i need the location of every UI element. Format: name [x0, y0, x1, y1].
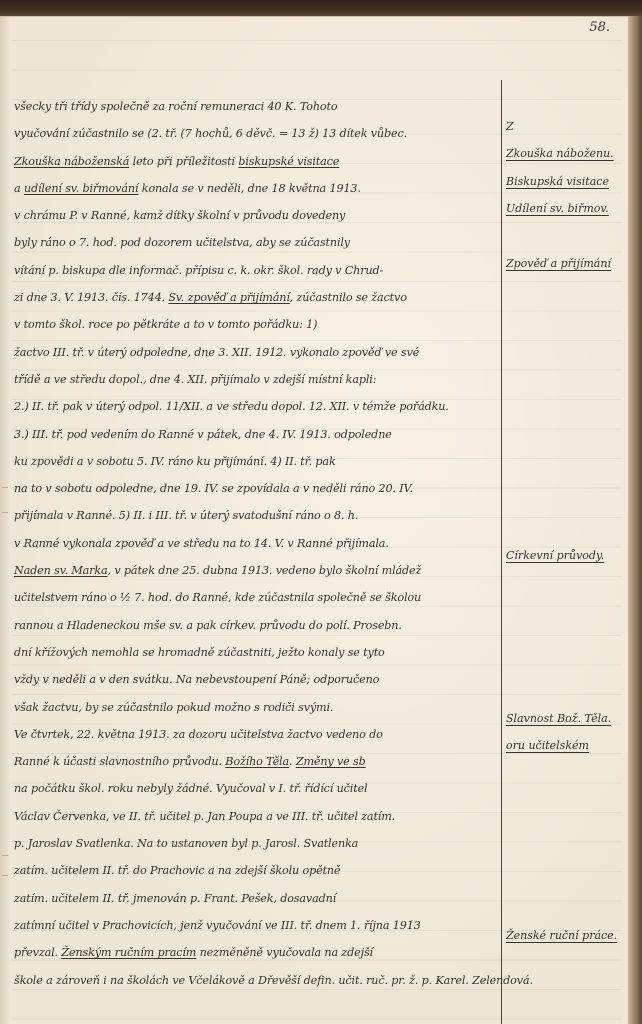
text-run: Václav Červenka, ve II. tř. učitel p. Ja… [14, 810, 395, 823]
text-run: zatímní učitel v Prachovicích, jenž vyuč… [14, 919, 421, 932]
text-run: přijímala v Ranné. 5) II. i III. tř. v ú… [14, 509, 358, 522]
text-line: žactvo III. tř. v úterý odpoledne, dne 3… [14, 339, 498, 366]
text-line: a udílení sv. biřmování konala se v nedě… [14, 175, 498, 202]
text-run: leto při příležitosti [129, 155, 238, 168]
margin-tick [2, 875, 8, 876]
text-run: na to v sobotu odpoledne, dne 19. IV. se… [14, 482, 413, 495]
text-line: v tomto škol. roce po pětkráte a to v to… [14, 311, 498, 338]
text-run: vyučování zúčastnilo se (2. tř. (7 hochů… [14, 127, 407, 140]
text-line: Václav Červenka, ve II. tř. učitel p. Ja… [14, 803, 498, 830]
text-line: v Ranné vykonala zpověď a ve středu na t… [14, 530, 498, 557]
margin-tick [2, 855, 8, 856]
text-run: učitelstvem ráno o ½ 7. hod. do Ranné, k… [14, 591, 421, 604]
underlined-heading: Sv. zpověď a přijímání [168, 291, 289, 304]
text-line: 3.) III. tř. pod vedením do Ranné v páte… [14, 421, 498, 448]
text-line: zatím. učitelem II. tř. jmenován p. Fran… [14, 885, 498, 912]
text-run: škole a zároveň i na školách ve Včelákov… [14, 974, 533, 987]
text-line: však žactvu, by se zúčastnilo pokud možn… [14, 694, 498, 721]
underlined-heading: Božího Těla [225, 755, 289, 768]
text-run: zatím. učitelem II. tř. do Prachovic a n… [14, 864, 340, 877]
text-run: . [289, 755, 296, 768]
margin-tick [2, 487, 8, 488]
text-line: vyučování zúčastnilo se (2. tř. (7 hochů… [14, 120, 498, 147]
text-run: v tomto škol. roce po pětkráte a to v to… [14, 318, 317, 331]
text-run: vždy v neděli a v den svátku. Na nebevst… [14, 673, 379, 686]
text-run: byly ráno o 7. hod. pod dozorem učitelst… [14, 236, 350, 249]
underlined-heading: Změny ve sb [296, 755, 366, 768]
text-line: všecky tři třídy společně za roční remun… [14, 93, 498, 120]
margin-tick [2, 512, 8, 513]
text-line: ku zpovědi a v sobotu 5. IV. ráno ku při… [14, 448, 498, 475]
text-run: žactvo III. tř. v úterý odpoledne, dne 3… [14, 346, 419, 359]
text-line: Zkouška náboženská leto při příležitosti… [14, 148, 498, 175]
text-line: na to v sobotu odpoledne, dne 19. IV. se… [14, 475, 498, 502]
text-run: 3.) III. tř. pod vedením do Ranné v páte… [14, 428, 392, 441]
text-line: převzal. Ženským ručním pracím nezměněně… [14, 939, 498, 966]
page-number: 58. [589, 20, 610, 35]
text-run: vítání p. biskupa dle informač. přípisu … [14, 264, 383, 277]
text-run: zi dne 3. V. 1913. čís. 1744. [14, 291, 168, 304]
underlined-heading: Zkouška náboženská [14, 155, 129, 168]
text-run: , v pátek dne 25. dubna 1913. vedeno byl… [108, 564, 422, 577]
underlined-heading: udílení sv. biřmování [24, 182, 138, 195]
text-line: škole a zároveň i na školách ve Včelákov… [14, 967, 498, 994]
text-line: v chrámu P. v Ranné, kamž dítky školní v… [14, 202, 498, 229]
text-line: zatímní učitel v Prachovicích, jenž vyuč… [14, 912, 498, 939]
underlined-heading: Ženským ručním pracím [61, 946, 196, 959]
text-run: Ranné k účasti slavnostního průvodu. [14, 755, 225, 768]
underlined-heading: Naden sv. Marka [14, 564, 108, 577]
text-run: Ve čtvrtek, 22. května 1913. za dozoru u… [14, 728, 383, 741]
page-edge [628, 16, 642, 1024]
text-run: na počátku škol. roku nebyly žádné. Vyuč… [14, 782, 367, 795]
text-line: rannou a Hladeneckou mše sv. a pak círke… [14, 612, 498, 639]
text-line: vítání p. biskupa dle informač. přípisu … [14, 257, 498, 284]
margin-note: Církevní průvody. [506, 549, 604, 562]
text-run: 2.) II. tř. pak v úterý odpol. 11/XII. a… [14, 400, 449, 413]
text-run: ku zpovědi a v sobotu 5. IV. ráno ku při… [14, 455, 336, 468]
text-run: převzal. [14, 946, 61, 959]
handwritten-body: všecky tři třídy společně za roční remun… [14, 93, 498, 994]
text-run: v Ranné vykonala zpověď a ve středu na t… [14, 537, 389, 550]
margin-note: Slavnost Bož. Těla. [506, 712, 611, 725]
text-run: p. Jaroslav Svatlenka. Na to ustanoven b… [14, 837, 358, 850]
text-line: vždy v neděli a v den svátku. Na nebevst… [14, 666, 498, 693]
margin-note: Udílení sv. biřmov. [506, 202, 609, 215]
underlined-heading: biskupské visitace [238, 155, 339, 168]
text-run: a [14, 182, 24, 195]
text-line: přijímala v Ranné. 5) II. i III. tř. v ú… [14, 502, 498, 529]
text-line: 2.) II. tř. pak v úterý odpol. 11/XII. a… [14, 393, 498, 420]
text-line: dní křížových nemohla se hromadně zúčast… [14, 639, 498, 666]
margin-rule [501, 80, 502, 1024]
text-line: byly ráno o 7. hod. pod dozorem učitelst… [14, 229, 498, 256]
text-line: Ranné k účasti slavnostního průvodu. Bož… [14, 748, 498, 775]
text-run: v chrámu P. v Ranné, kamž dítky školní v… [14, 209, 345, 222]
text-run: rannou a Hladeneckou mše sv. a pak círke… [14, 619, 402, 632]
text-line: učitelstvem ráno o ½ 7. hod. do Ranné, k… [14, 584, 498, 611]
text-run: všecky tři třídy společně za roční remun… [14, 100, 337, 113]
margin-note: Biskupská visitace [506, 175, 609, 188]
text-run: zatím. učitelem II. tř. jmenován p. Fran… [14, 892, 336, 905]
text-run: , zúčastnilo se žactvo [290, 291, 407, 304]
margin-note: Ženské ruční práce. [506, 929, 617, 942]
text-line: třídě a ve středu dopol., dne 4. XII. př… [14, 366, 498, 393]
text-run: však žactvu, by se zúčastnilo pokud možn… [14, 701, 333, 714]
text-run: nezměněně vyučovala na zdejší [196, 946, 373, 959]
margin-note: oru učitelském [506, 739, 589, 752]
text-run: třídě a ve středu dopol., dne 4. XII. př… [14, 373, 376, 386]
margin-note: Zkouška náboženu. [506, 147, 614, 160]
text-run: konala se v neděli, dne 18 května 1913. [138, 182, 360, 195]
margin-note: Z [506, 120, 514, 133]
margin-note: Zpověď a přijímání [506, 257, 611, 270]
text-line: Naden sv. Marka, v pátek dne 25. dubna 1… [14, 557, 498, 584]
text-line: Ve čtvrtek, 22. května 1913. za dozoru u… [14, 721, 498, 748]
text-line: zatím. učitelem II. tř. do Prachovic a n… [14, 857, 498, 884]
text-line: zi dne 3. V. 1913. čís. 1744. Sv. zpověď… [14, 284, 498, 311]
text-run: dní křížových nemohla se hromadně zúčast… [14, 646, 385, 659]
text-line: p. Jaroslav Svatlenka. Na to ustanoven b… [14, 830, 498, 857]
text-line: na počátku škol. roku nebyly žádné. Vyuč… [14, 775, 498, 802]
